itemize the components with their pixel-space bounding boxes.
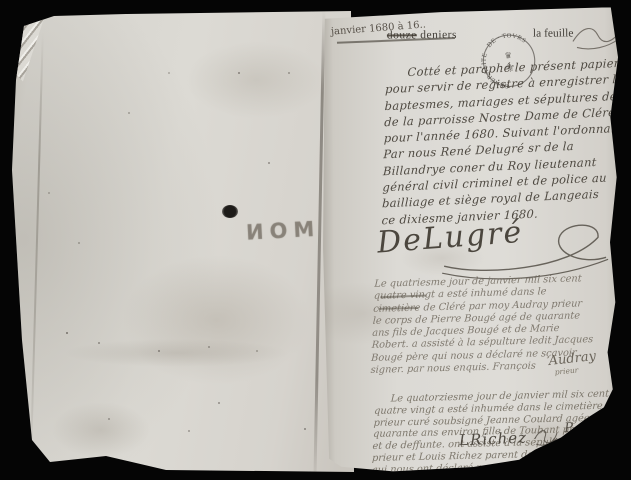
cotation-act: Cotté et paraphé le présent papier pour … (381, 54, 631, 228)
header-paraph-icon (571, 21, 623, 51)
paper-speckles (6, 10, 8, 12)
tax-word: deniers (420, 29, 457, 41)
left-page: MON (6, 10, 354, 474)
signature-audray-title: prieur (554, 365, 578, 376)
bottom-signatures: LRichez P. Dreux (458, 418, 631, 455)
ink-blot (222, 205, 238, 218)
right-page: janvier 1680 à 16.. douze deniers GENERA… (321, 7, 625, 477)
bleedthrough-stamp: MON (239, 217, 314, 245)
per-sheet-label: la feuille (533, 27, 574, 39)
corner-curl (8, 15, 70, 85)
manuscript-scan: MON janvier 1680 à 16.. douze deniers GE… (0, 0, 631, 480)
tax-rate-label: douze deniers (387, 29, 457, 41)
signature-paraph-icon (532, 424, 559, 449)
signature-flourish-icon (620, 422, 631, 445)
signature-richez: LRichez (459, 429, 528, 450)
crease-line (30, 32, 44, 448)
struck-word: douze (387, 29, 417, 41)
signature-dreux: P. Dreux (564, 419, 615, 451)
